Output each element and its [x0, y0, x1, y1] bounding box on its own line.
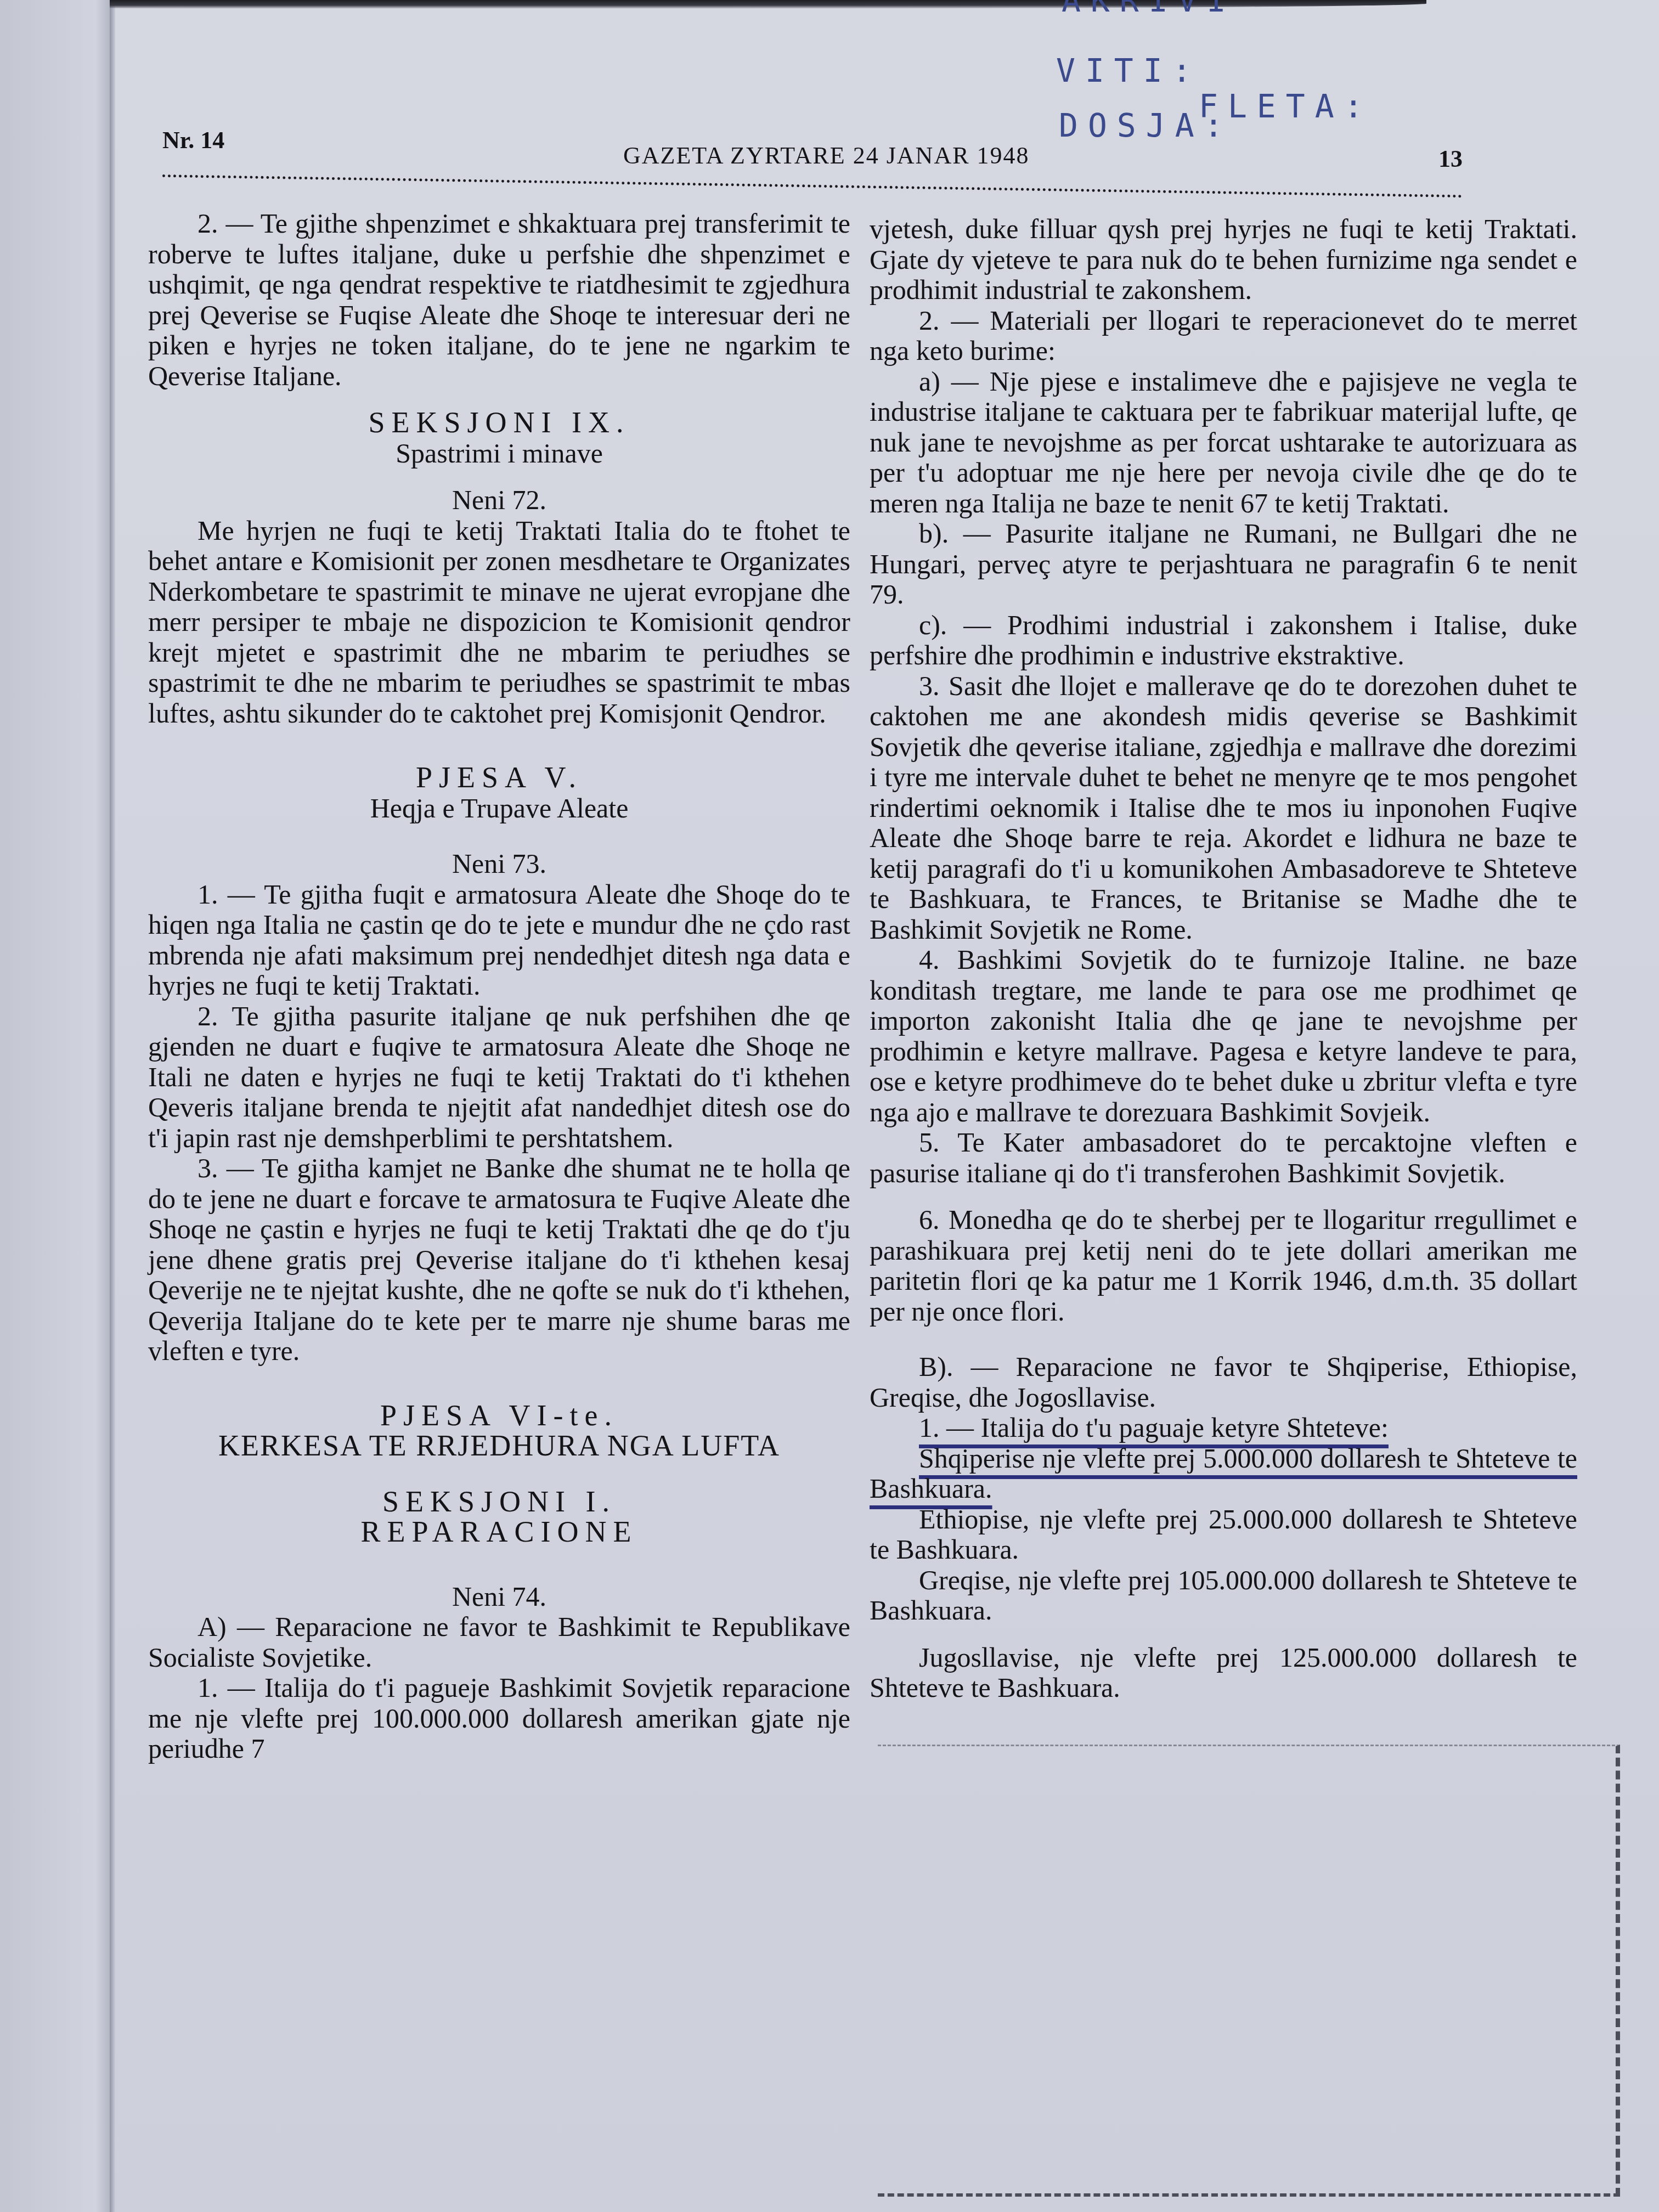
paragraph: Ethiopise, nje vlefte prej 25.000.000 do…: [870, 1504, 1577, 1565]
page-number: 13: [1438, 145, 1463, 173]
paragraph: vjetesh, duke filluar qysh prej hyrjes n…: [870, 214, 1577, 306]
section-heading: SEKSJONI I.: [148, 1487, 850, 1517]
part-heading: PJESA V.: [148, 763, 850, 793]
archive-stamp-line1: AKRIVI: [1062, 0, 1236, 16]
paragraph: 1. — Te gjitha fuqit e armatosura Aleate…: [148, 879, 850, 1001]
paragraph: A) — Reparacione ne favor te Bashkimit t…: [148, 1612, 850, 1673]
paragraph: 6. Monedha qe do te sherbej per te lloga…: [870, 1205, 1577, 1327]
adjacent-page-edge: [0, 0, 112, 2212]
paragraph: 4. Bashkimi Sovjetik do te furnizoje Ita…: [870, 945, 1577, 1127]
article-heading: Neni 72.: [148, 485, 850, 516]
section-heading: SEKSJONI IX.: [148, 408, 850, 438]
archive-stamp-fleta: FLETA:: [1199, 91, 1373, 122]
paragraph: 2. — Te gjithe shpenzimet e shkaktuara p…: [148, 208, 850, 391]
part-subtitle: Heqja e Trupave Aleate: [148, 793, 850, 824]
article-heading: Neni 74.: [148, 1582, 850, 1612]
hand-drawn-bracket: [878, 1745, 1620, 2197]
paragraph: 2. Te gjitha pasurite italjane qe nuk pe…: [148, 1001, 850, 1154]
part-heading: PJESA VI-te.: [148, 1401, 850, 1431]
paragraph: b). — Pasurite italjane ne Rumani, ne Bu…: [870, 518, 1577, 610]
part-subtitle: KERKESA TE RRJEDHURA NGA LUFTA: [148, 1431, 850, 1462]
paragraph: 5. Te Kater ambasadoret do te percaktojn…: [870, 1127, 1577, 1188]
section-subtitle: Spastrimi i minave: [148, 438, 850, 469]
underlined-paragraph-albania: Shqiperise nje vlefte prej 5.000.000 dol…: [870, 1443, 1577, 1504]
paragraph: 3. — Te gjitha kamjet ne Banke dhe shuma…: [148, 1153, 850, 1367]
paragraph: Me hyrjen ne fuqi te ketij Traktati Ital…: [148, 516, 850, 729]
paragraph: 3. Sasit dhe llojet e mallerave qe do te…: [870, 671, 1577, 945]
underlined-paragraph: 1. — Italija do t'u paguaje ketyre Shtet…: [870, 1413, 1577, 1443]
right-column: vjetesh, duke filluar qysh prej hyrjes n…: [870, 214, 1577, 1703]
paragraph: 1. — Italija do t'i pagueje Bashkimit So…: [148, 1673, 850, 1764]
page-header: Nr. 14 GAZETA ZYRTARE 24 JANAR 1948 13: [162, 126, 1463, 165]
gazette-title: GAZETA ZYRTARE 24 JANAR 1948: [623, 142, 1030, 170]
paragraph: Jugosllavise, nje vlefte prej 125.000.00…: [870, 1643, 1577, 1703]
binding-shadow: [110, 0, 115, 2212]
issue-number: Nr. 14: [162, 126, 224, 154]
paragraph: B). — Reparacione ne favor te Shqiperise…: [870, 1352, 1577, 1413]
left-column: 2. — Te gjithe shpenzimet e shkaktuara p…: [148, 208, 850, 1764]
paragraph: a) — Nje pjese e instalimeve dhe e pajis…: [870, 366, 1577, 519]
archive-stamp-viti: VITI:: [1056, 55, 1201, 87]
article-heading: Neni 73.: [148, 849, 850, 879]
section-subtitle: REPARACIONE: [148, 1517, 850, 1548]
paragraph: Greqise, nje vlefte prej 105.000.000 dol…: [870, 1565, 1577, 1626]
paragraph: 2. — Materiali per llogari te reperacion…: [870, 306, 1577, 366]
paragraph: c). — Prodhimi industrial i zakonshem i …: [870, 610, 1577, 671]
